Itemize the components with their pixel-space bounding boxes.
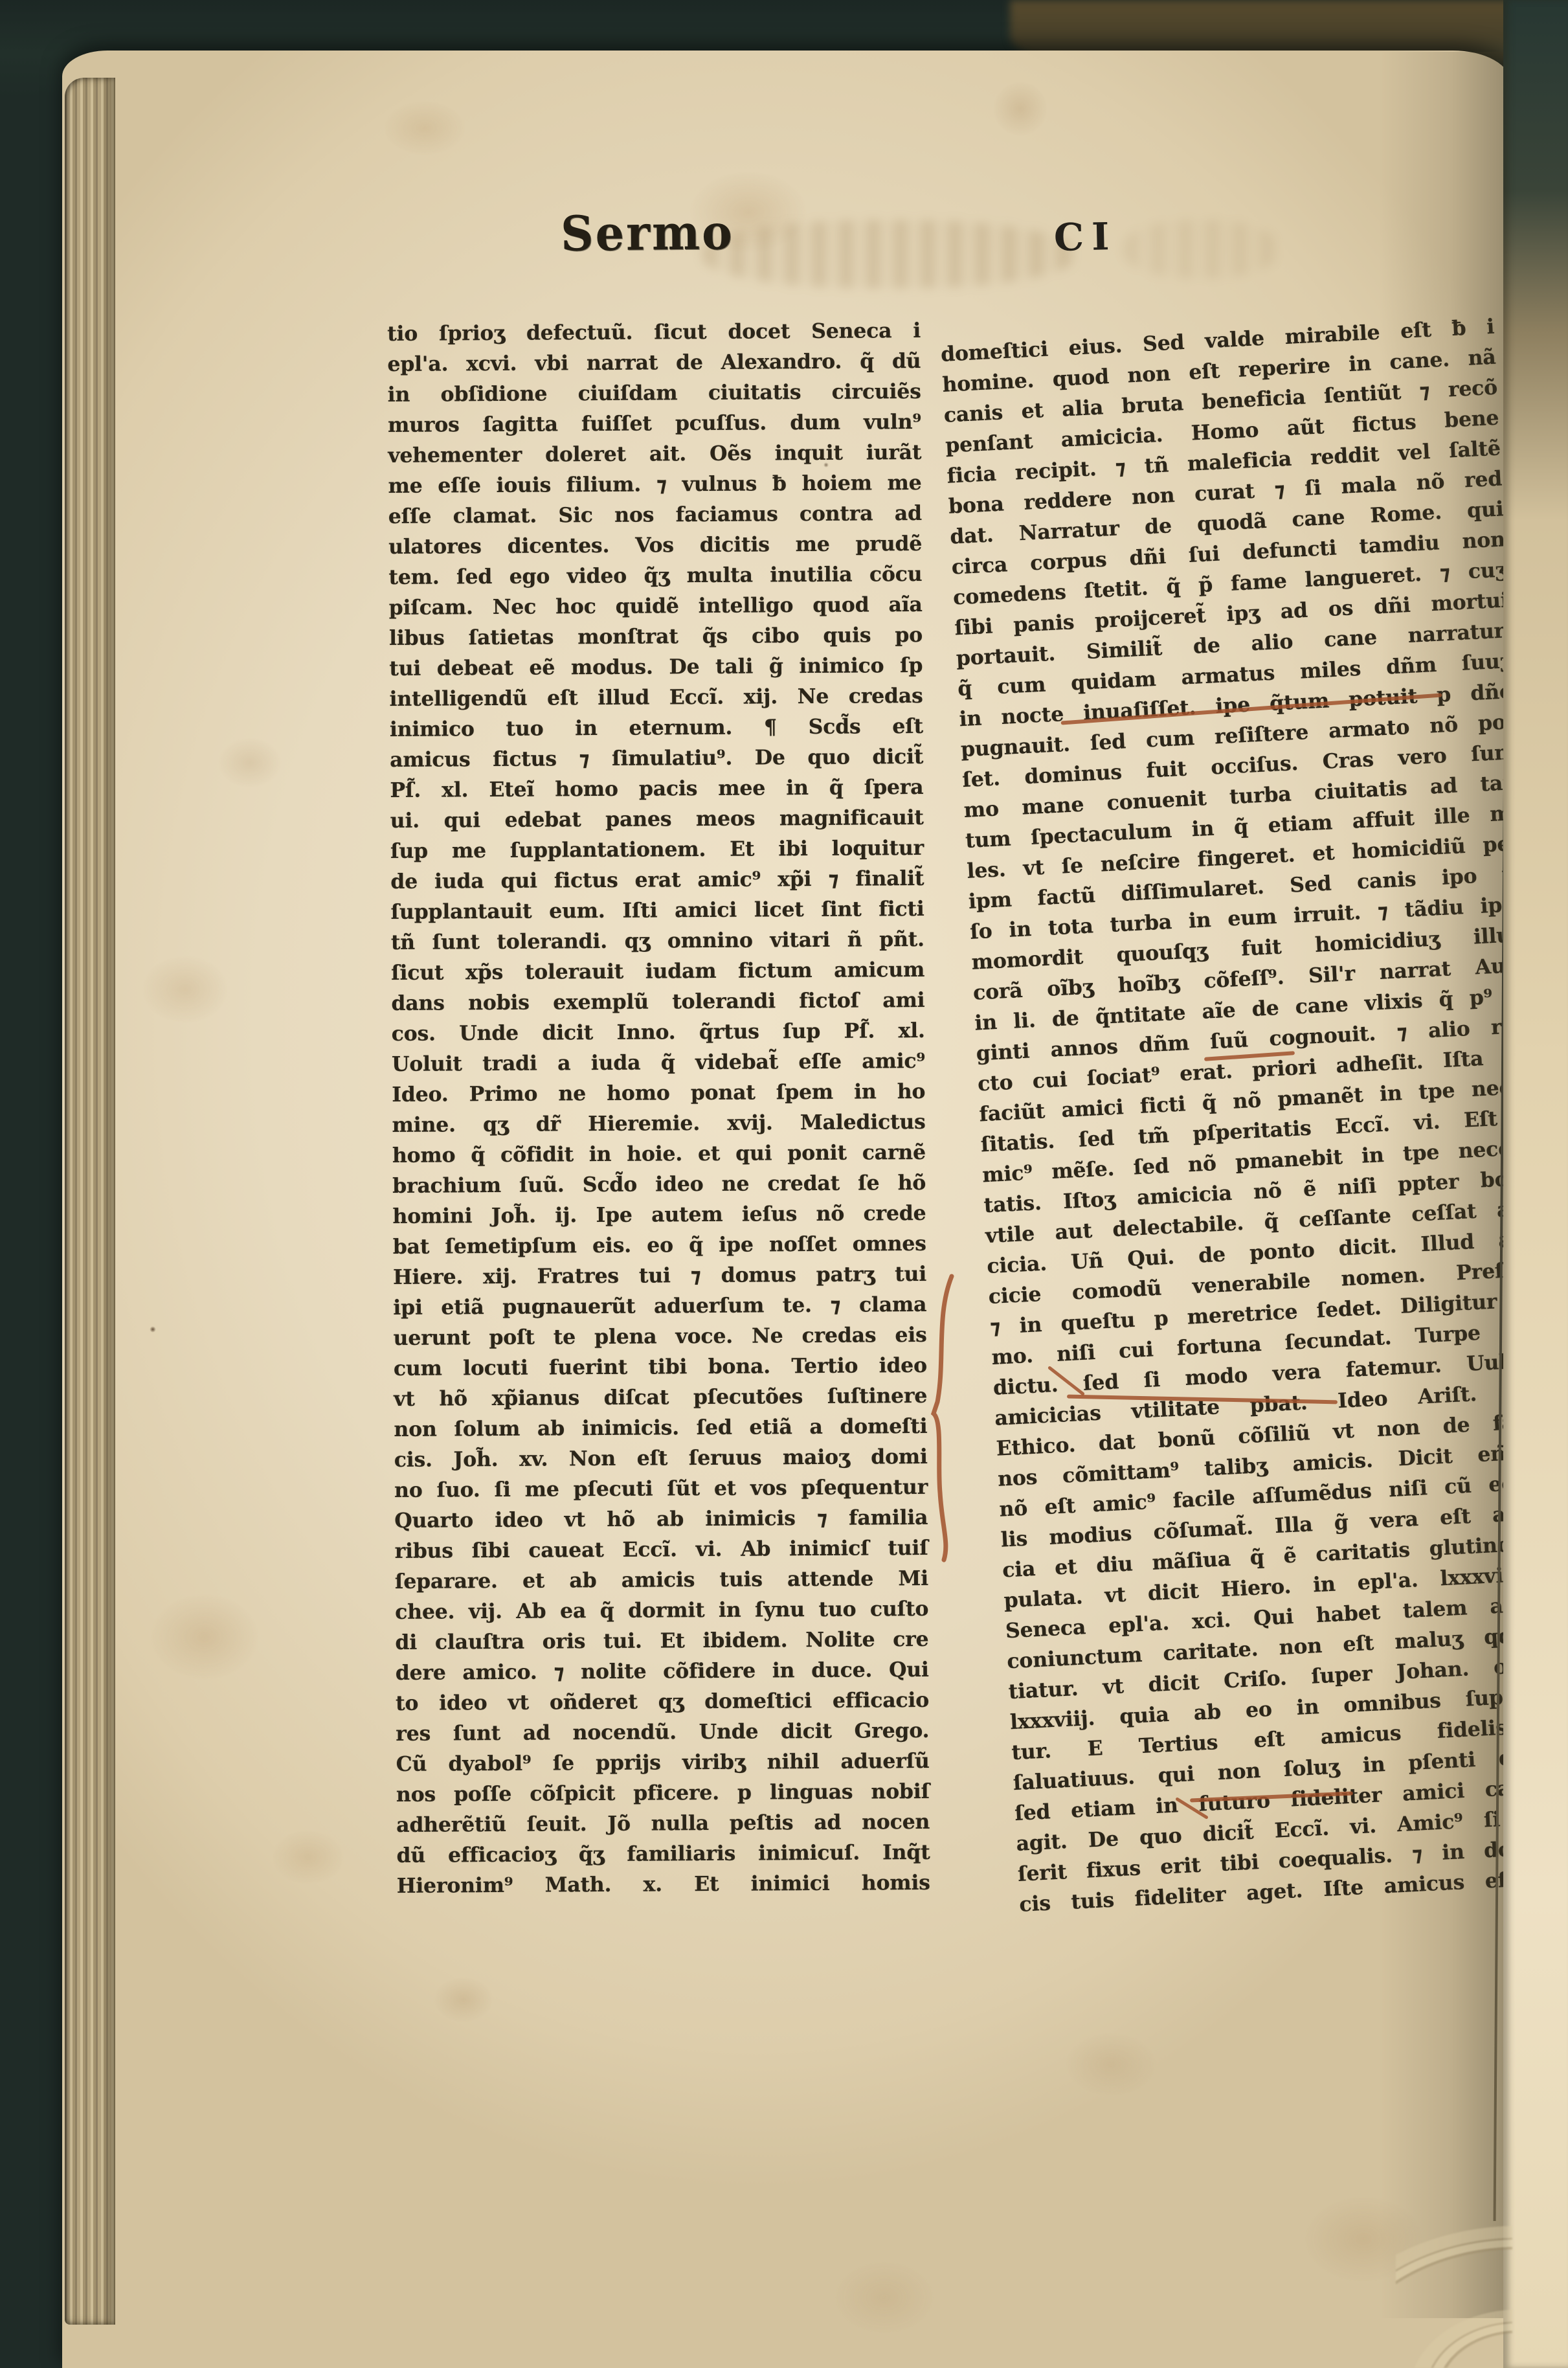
text-line: no ſuo. ſi me pſecuti ſũt et vos pſequen… [394, 1472, 928, 1505]
text-line: tñ ſunt tolerandi. qʒ omnino vitari ñ pñ… [391, 924, 924, 958]
text-line: vehementer doleret ait. Oẽs inquit iurãt [388, 437, 921, 471]
text-line: non ſolum ab inimicis. ſed etiã a domeſt… [394, 1411, 927, 1445]
text-line: ſup me ſupplantationem. Et ibi loquitur [390, 833, 924, 866]
page-number: CI [1053, 214, 1117, 260]
facing-page-edge [1503, 0, 1568, 2368]
text-line: me eſſe iouis filium. ⁊ vulnus ƀ hoiem m… [388, 468, 921, 501]
text-line: mine. qʒ dr̃ Hieremie. xvij. Maledictus [392, 1107, 925, 1140]
text-line: res ſunt ad nocendũ. Unde dicit Grego. [396, 1715, 929, 1749]
text-line: di clauſtra oris tui. Et ibidem. Nolite … [395, 1624, 928, 1658]
text-line: piſcam. Nec hoc quidẽ intelligo quod aĩa [389, 589, 923, 623]
text-line: tio ſprioʒ defectuũ. ſicut docet Seneca … [387, 315, 921, 349]
text-line: Uoluit tradi a iuda q̃ videbat̃ eſſe ami… [392, 1046, 925, 1079]
text-line: Cũ dyabol⁹ ſe pprijs viribʒ nihil aduerſ… [396, 1746, 929, 1779]
text-line: dũ efficacioʒ q̃ʒ familiaris inimicuſ. I… [396, 1837, 930, 1871]
text-line: homo q̃ cõfidit in hoie. et qui ponit ca… [392, 1137, 926, 1171]
text-line: bat ſemetipſum eis. eo q̃ ipe noſſet omn… [393, 1228, 926, 1262]
text-line: Pſ̃. xl. Eteĩ homo pacis mee in q̃ ſpera [390, 772, 923, 806]
text-line: homini Joh̃. ij. Ipe autem ieſus nõ cred… [392, 1198, 926, 1232]
text-line: Quarto ideo vt hõ ab inimicis ⁊ familia [394, 1502, 928, 1536]
text-line: chee. vij. Ab ea q̃ dormit in ſynu tuo c… [395, 1594, 928, 1627]
text-line: ſicut xp̃s tolerauit iudam fictum amicum [391, 954, 924, 988]
text-column-left: tio ſprioʒ defectuũ. ſicut docet Seneca … [387, 315, 930, 1901]
text-line: ribus ſibi caueat Eccĩ. vi. Ab inimicſ t… [394, 1533, 928, 1566]
page-block-fore-edge [65, 78, 115, 2325]
page-corner-curl-lines [1396, 2200, 1512, 2368]
text-line: ulatores dicentes. Vos dicitis me prudẽ [388, 528, 922, 562]
text-line: ipi etiã pugnauerũt aduerſum te. ⁊ clama [393, 1289, 926, 1323]
text-line: cos. Unde dicit Inno. q̃rtus ſup Pſ̃. xl… [392, 1015, 925, 1049]
book-photograph: Sermo CI tio ſprioʒ defectuũ. ſicut doce… [0, 0, 1568, 2368]
text-line: dere amico. ⁊ nolite cõfidere in duce. Q… [396, 1654, 929, 1688]
text-line: ſupplantauit eum. Iſti amici licet ſint … [390, 894, 924, 927]
text-line: ui. qui edebat panes meos magnificauit [390, 802, 924, 836]
text-line: cis. Joh̃. xv. Non eſt ſeruus maioʒ domi [394, 1441, 928, 1475]
text-line: adherẽtiũ ſeuit. Jõ nulla peſtis ad noce… [396, 1807, 930, 1840]
text-line: ſeparare. et ab amicis tuis attende Mi [395, 1563, 928, 1597]
text-line: nos poſſe cõſpicit pficere. p linguas no… [396, 1776, 930, 1810]
text-line: brachium ſuũ. Scd̃o ideo ne credat ſe hõ [392, 1167, 926, 1201]
text-line: Ideo. Primo ne homo ponat ſpem in ho [392, 1076, 925, 1110]
rubric-margin-brace [928, 1272, 958, 1564]
text-line: eſſe clamat. Sic nos faciamus contra ad [388, 498, 922, 532]
text-line: libus ſatietas monſtrat q̃s cibo quis po [389, 620, 923, 653]
text-line: uerunt poſt te plena voce. Ne credas eis [393, 1320, 926, 1353]
text-line: vt hõ xp̃ianus diſcat pſecutões ſuſtiner… [394, 1381, 927, 1414]
text-line: tem. ſed ego video q̃ʒ multa inutilia cõ… [388, 559, 922, 592]
text-line: cum locuti fuerint tibi bona. Tertio ide… [394, 1350, 927, 1384]
text-line: to ideo vt oñderet qʒ domeſtici efficaci… [396, 1685, 929, 1719]
text-line: intelligendũ eſt illud Eccĩ. xij. Ne cre… [389, 681, 923, 714]
text-line: muros ſagitta fuiſſet pcuſſus. dum vuln⁹ [388, 407, 921, 440]
text-line: Hiere. xij. Fratres tui ⁊ domus patrʒ tu… [393, 1259, 926, 1292]
text-line: epl'a. xcvi. vbi narrat de Alexandro. q̃… [387, 346, 921, 379]
text-line: de iuda qui fictus erat amic⁹ xp̃i ⁊ fin… [390, 863, 924, 897]
text-line: Hieronim⁹ Math. x. Et inimici homis [397, 1867, 930, 1901]
text-line: amicus fictus ⁊ ſimulatiu⁹. De quo dicit… [390, 741, 923, 775]
text-line: tui debeat eẽ modus. De tali g̃ inimico … [389, 650, 923, 684]
text-line: dans nobis exemplũ tolerandi fictoſ ami [391, 985, 924, 1019]
text-line: in obſidione ciuiſdam ciuitatis circuiẽs [388, 376, 921, 410]
running-title: Sermo [561, 203, 734, 262]
text-column-right: domeſtici eius. Sed valde mirabile eſt ƀ… [940, 311, 1568, 1920]
text-line: inimico tuo in eternum. ¶ Scd̃s eſt [390, 711, 923, 745]
